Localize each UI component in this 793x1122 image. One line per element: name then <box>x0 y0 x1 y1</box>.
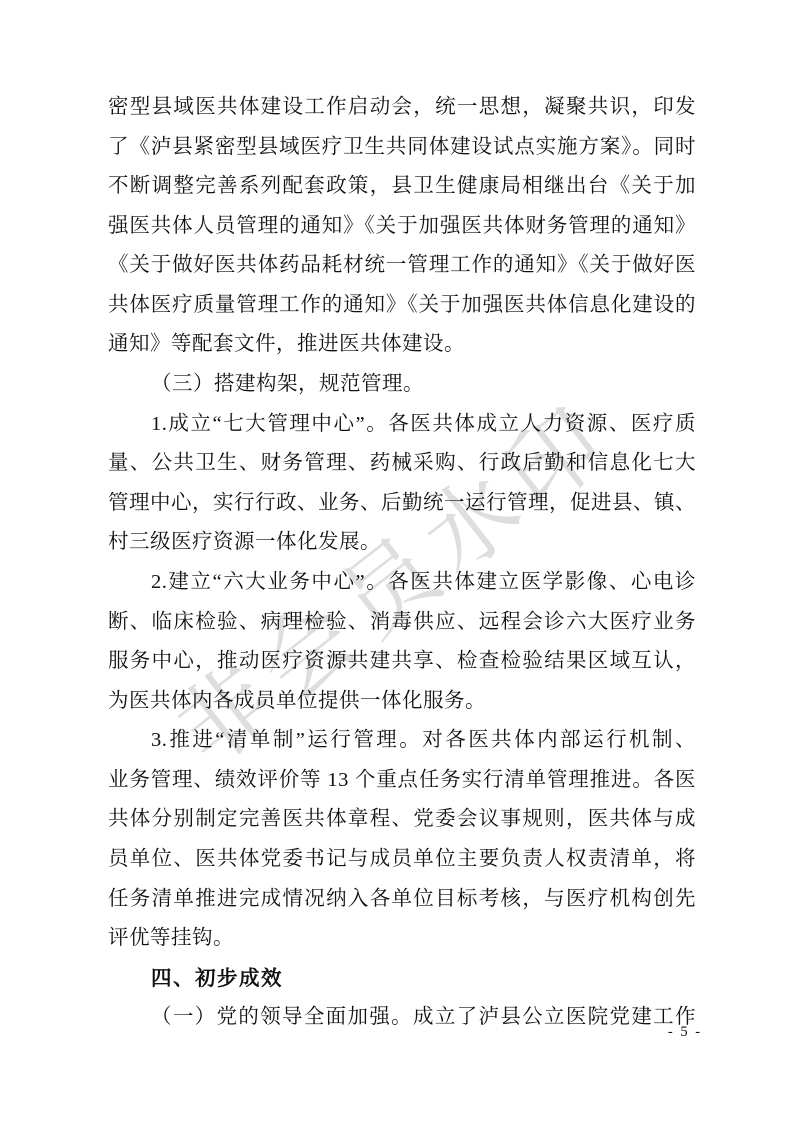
document-page: 非会员水印 密型县域医共体建设工作启动会，统一思想，凝聚共识，印发了《泸县紧密型… <box>0 0 793 1122</box>
text-line: 管理中心，实行行政、业务、后勤统一运行管理，促进县、镇、 <box>108 484 696 524</box>
text-line: 1.成立“七大管理中心”。各医共体成立人力资源、医疗质 <box>108 405 696 445</box>
text-line: 员单位、医共体党委书记与成员单位主要负责人权责清单，将 <box>108 840 696 880</box>
text-line: 为医共体内各成员单位提供一体化服务。 <box>108 682 696 722</box>
text-line: 不断调整完善系列配套政策，县卫生健康局相继出台《关于加 <box>108 167 696 207</box>
text-line: 四、初步成效 <box>108 959 696 999</box>
text-line: 量、公共卫生、财务管理、药械采购、行政后勤和信息化七大 <box>108 444 696 484</box>
text-line: 断、临床检验、病理检验、消毒供应、远程会诊六大医疗业务 <box>108 603 696 643</box>
text-line: 了《泸县紧密型县域医疗卫生共同体建设试点实施方案》。同时 <box>108 128 696 168</box>
text-line: 评优等挂钩。 <box>108 919 696 959</box>
text-block: 密型县域医共体建设工作启动会，统一思想，凝聚共识，印发了《泸县紧密型县域医疗卫生… <box>108 88 696 1038</box>
text-line: 村三级医疗资源一体化发展。 <box>108 523 696 563</box>
text-line: 通知》等配套文件，推进医共体建设。 <box>108 325 696 365</box>
text-line: 服务中心，推动医疗资源共建共享、检查检验结果区域互认， <box>108 642 696 682</box>
text-line: 2.建立“六大业务中心”。各医共体建立医学影像、心电诊 <box>108 563 696 603</box>
text-line: 任务清单推进完成情况纳入各单位目标考核，与医疗机构创先 <box>108 880 696 920</box>
text-line: 3.推进“清单制”运行管理。对各医共体内部运行机制、 <box>108 721 696 761</box>
text-line: （一）党的领导全面加强。成立了泸县公立医院党建工作 <box>108 998 696 1038</box>
text-line: 强医共体人员管理的通知》《关于加强医共体财务管理的通知》 <box>108 207 696 247</box>
text-line: 共体医疗质量管理工作的通知》《关于加强医共体信息化建设的 <box>108 286 696 326</box>
text-line: （三）搭建构架，规范管理。 <box>108 365 696 405</box>
text-line: 业务管理、绩效评价等 13 个重点任务实行清单管理推进。各医 <box>108 761 696 801</box>
page-number: - 5 - <box>640 1024 730 1041</box>
text-line: 共体分别制定完善医共体章程、党委会议事规则，医共体与成 <box>108 800 696 840</box>
text-line: 密型县域医共体建设工作启动会，统一思想，凝聚共识，印发 <box>108 88 696 128</box>
text-line: 《关于做好医共体药品耗材统一管理工作的通知》《关于做好医 <box>108 246 696 286</box>
